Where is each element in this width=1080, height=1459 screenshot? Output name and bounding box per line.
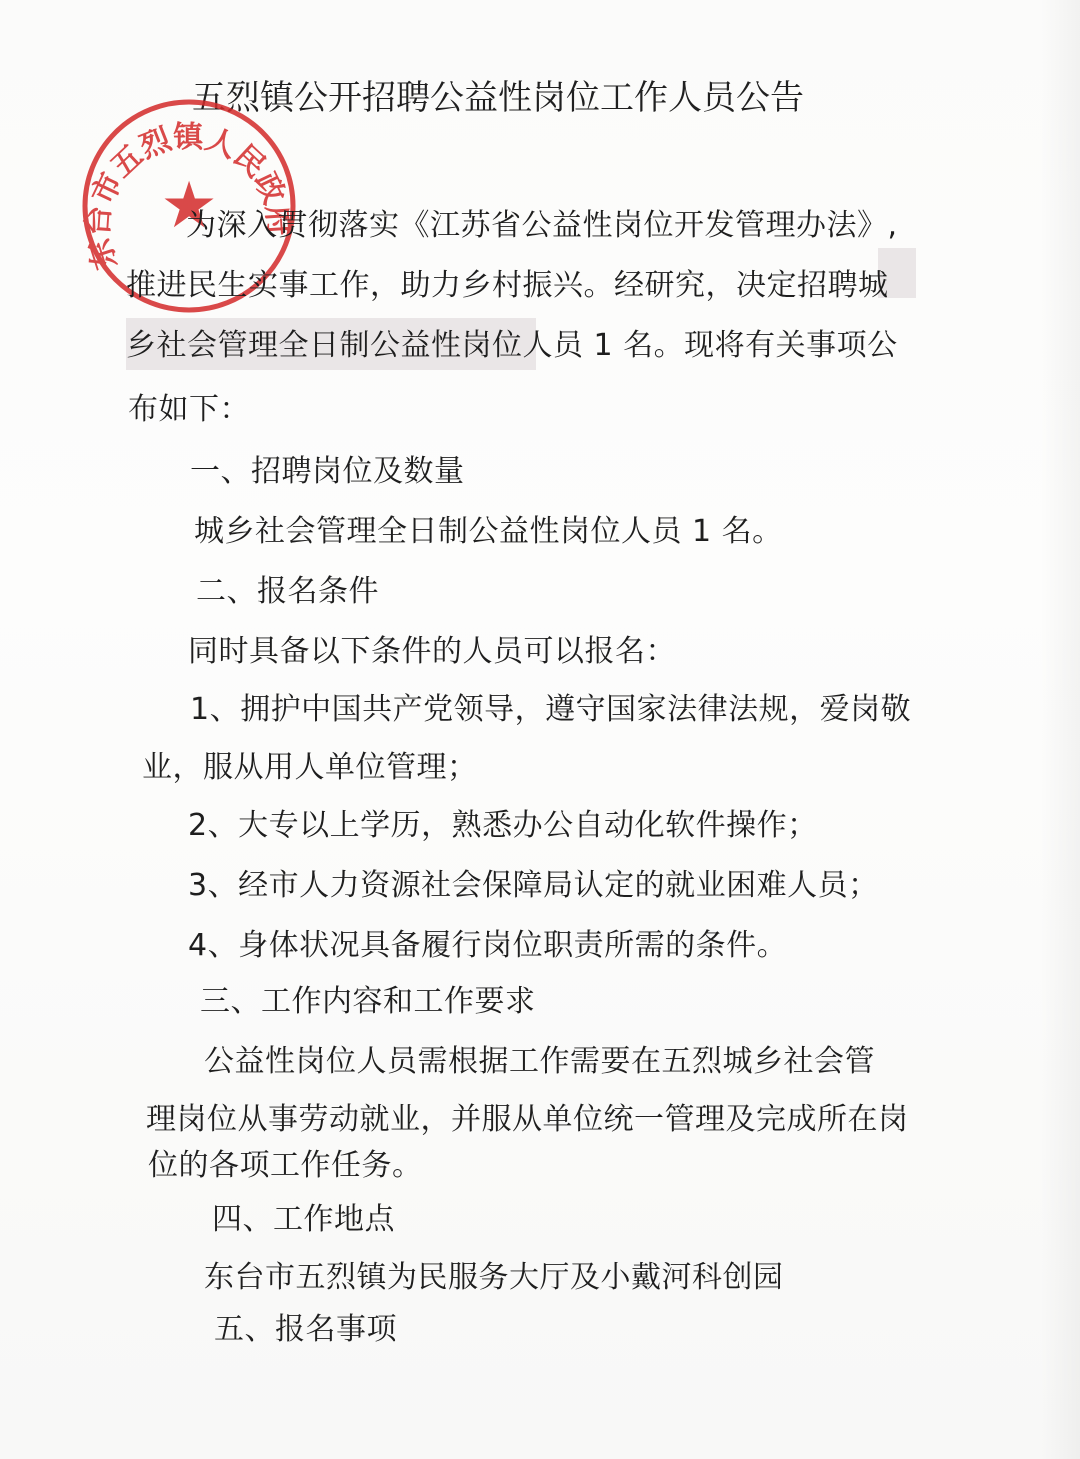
section-line: 理岗位从事劳动就业，并服从单位统一管理及完成所在岗: [146, 1100, 909, 1140]
section-line: 业，服从用人单位管理；: [142, 748, 478, 788]
section-line: 同时具备以下条件的人员可以报名：: [188, 632, 676, 672]
section-heading: 一、招聘岗位及数量: [190, 452, 465, 492]
section-heading: 五、报名事项: [214, 1310, 397, 1350]
document-page: 五烈镇公开招聘公益性岗位工作人员公告 东台市五烈镇人民政府 ★ 为深入贯彻落实《…: [0, 0, 1080, 1459]
section-line: 2、大专以上学历，熟悉办公自动化软件操作；: [188, 806, 818, 846]
section-line: 位的各项工作任务。: [148, 1146, 423, 1186]
section-line: 3、经市人力资源社会保障局认定的就业困难人员；: [188, 866, 879, 906]
page-edge-shadow: [1040, 0, 1080, 1459]
section-heading: 三、工作内容和工作要求: [200, 982, 536, 1022]
intro-line: 为深入贯彻落实《江苏省公益性岗位开发管理办法》,: [186, 206, 898, 246]
intro-line: 布如下：: [128, 390, 250, 430]
section-line: 公益性岗位人员需根据工作需要在五烈城乡社会管: [204, 1042, 875, 1082]
section-line: 4、身体状况具备履行岗位职责所需的条件。: [188, 926, 787, 966]
intro-line: 乡社会管理全日制公益性岗位人员 1 名。现将有关事项公: [126, 326, 898, 366]
intro-line: 推进民生实事工作，助力乡村振兴。经研究，决定招聘城: [126, 266, 889, 306]
section-heading: 二、报名条件: [196, 572, 379, 612]
section-line: 东台市五烈镇为民服务大厅及小戴河科创园: [204, 1258, 784, 1298]
section-line: 城乡社会管理全日制公益性岗位人员 1 名。: [194, 512, 783, 552]
section-heading: 四、工作地点: [212, 1200, 395, 1240]
section-line: 1、拥护中国共产党领导，遵守国家法律法规，爱岗敬: [190, 690, 911, 730]
